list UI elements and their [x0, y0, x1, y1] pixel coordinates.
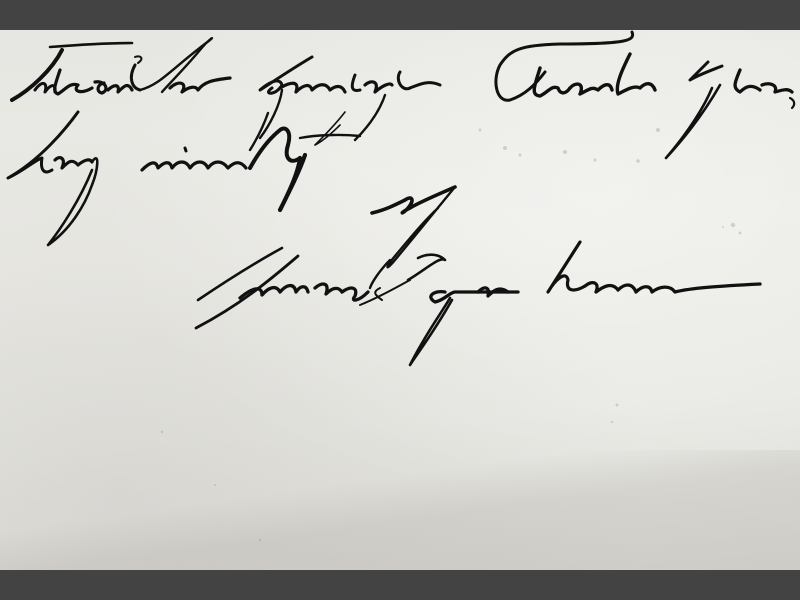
handwriting	[0, 30, 800, 570]
word-berg	[8, 112, 97, 245]
word-theodor	[496, 32, 655, 100]
signature-maria-falkman	[196, 242, 760, 365]
word-flas	[666, 62, 794, 158]
word-innerligt	[142, 112, 360, 210]
word-tillonskas	[12, 38, 230, 100]
paper-card: Tillönskas familjen Theodor Flas- berg i…	[0, 30, 800, 570]
word-af	[372, 187, 455, 267]
scan-frame: Tillönskas familjen Theodor Flas- berg i…	[0, 0, 800, 600]
